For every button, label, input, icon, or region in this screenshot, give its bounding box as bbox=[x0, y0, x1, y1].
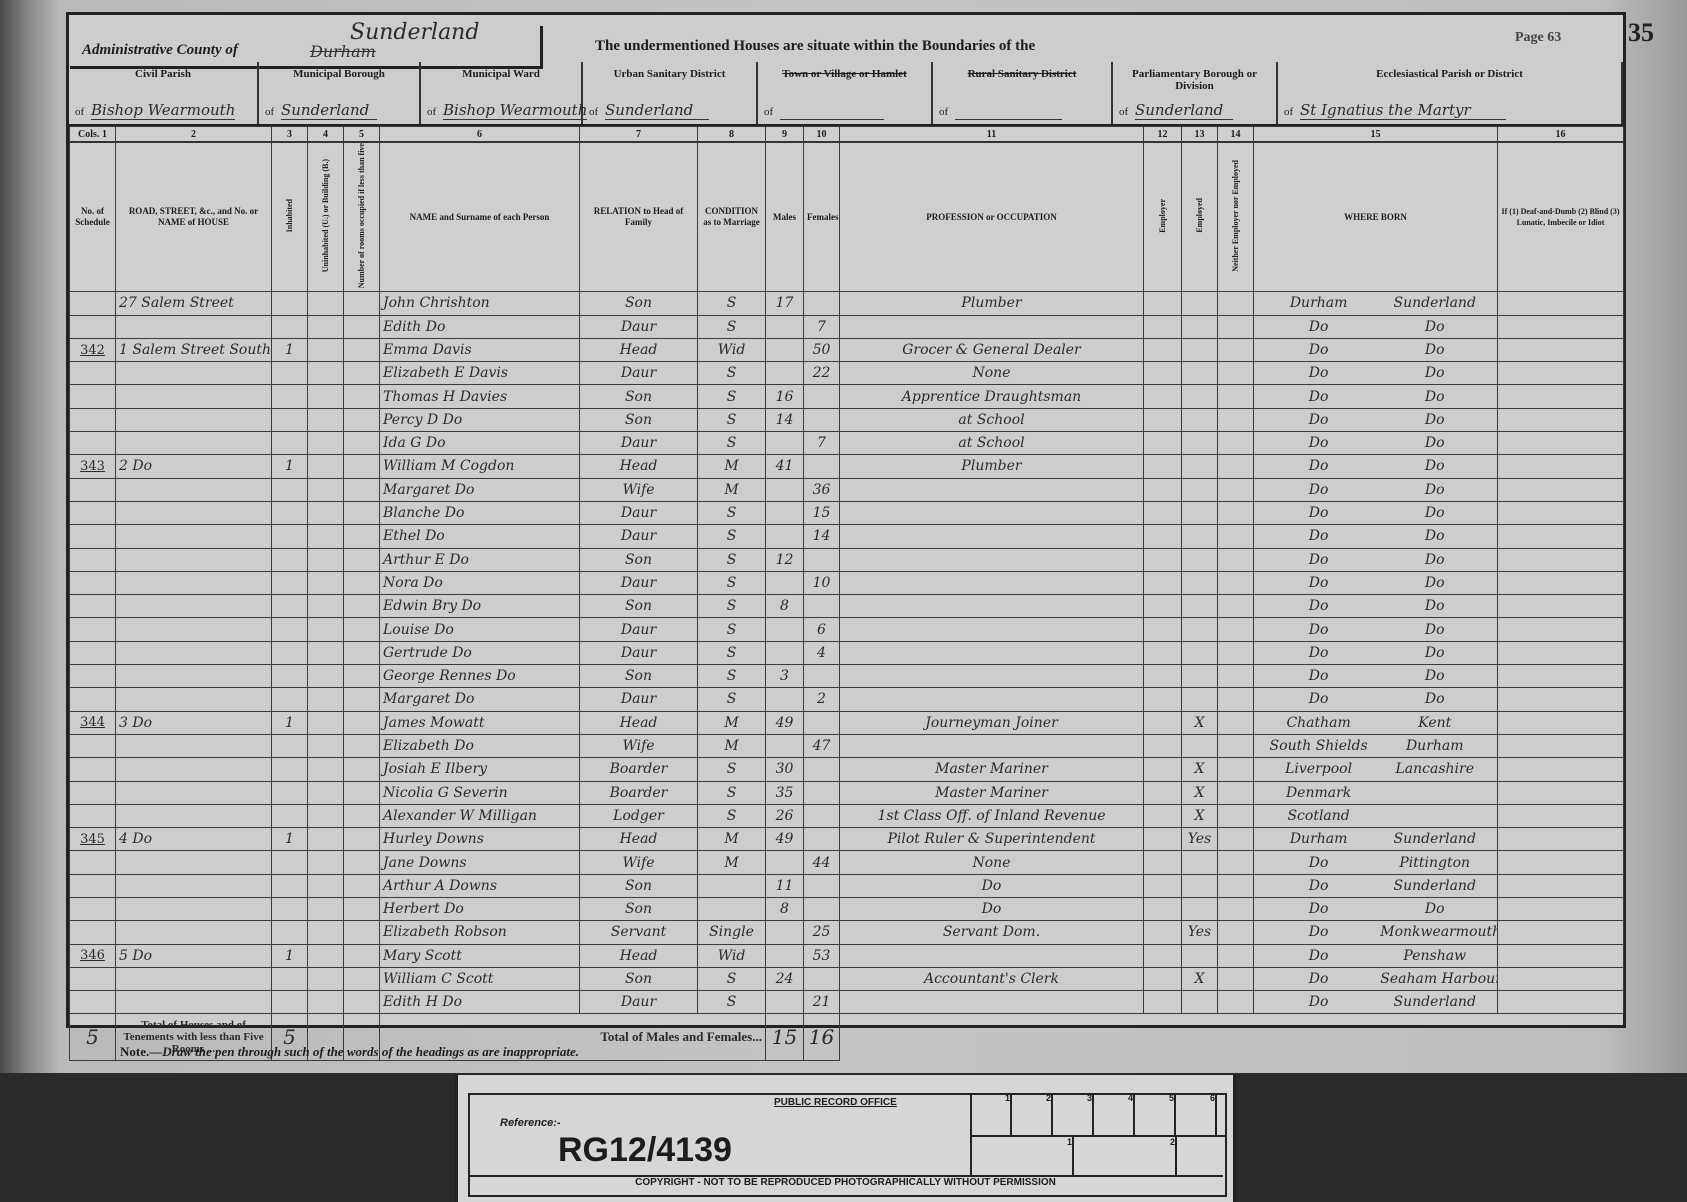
born-county: Durham bbox=[1257, 295, 1380, 311]
cell-male-age bbox=[766, 921, 804, 944]
cell-occupation: Master Mariner bbox=[840, 758, 1144, 781]
cell-empty bbox=[1498, 921, 1624, 944]
cell-name: Ethel Do bbox=[380, 525, 580, 548]
born-county: Do bbox=[1257, 342, 1380, 358]
table-row: Gertrude DoDaurS4DoDo bbox=[70, 641, 1624, 664]
copyright-notice: COPYRIGHT - NOT TO BE REPRODUCED PHOTOGR… bbox=[468, 1175, 1223, 1188]
cell-empty bbox=[1218, 921, 1254, 944]
cell-condition: Single bbox=[698, 921, 766, 944]
cell-empty bbox=[1218, 292, 1254, 315]
born-place: Do bbox=[1380, 412, 1489, 428]
cell-empty bbox=[308, 455, 344, 478]
born-county: Do bbox=[1257, 878, 1380, 894]
cell-employed bbox=[1182, 478, 1218, 501]
cell-empty bbox=[1218, 432, 1254, 455]
cell-empty bbox=[1498, 501, 1624, 524]
column-number: 12 bbox=[1144, 127, 1182, 143]
admin-county-value: Sunderland bbox=[350, 20, 479, 45]
cell-condition: S bbox=[698, 758, 766, 781]
cell-empty bbox=[1218, 991, 1254, 1014]
cell-empty bbox=[344, 548, 380, 571]
cell-empty bbox=[1498, 641, 1624, 664]
born-county: Denmark bbox=[1257, 785, 1380, 801]
cell-empty bbox=[1218, 828, 1254, 851]
cell-empty bbox=[344, 595, 380, 618]
cell-female-age bbox=[804, 595, 840, 618]
cell-employer bbox=[1144, 781, 1182, 804]
cell-empty bbox=[344, 455, 380, 478]
cell-relation: Boarder bbox=[580, 781, 698, 804]
col-employed: Employed bbox=[1182, 142, 1218, 292]
cell-where-born: DoDo bbox=[1254, 897, 1498, 920]
cell-empty bbox=[308, 991, 344, 1014]
cell-empty bbox=[1498, 362, 1624, 385]
cell-occupation: at School bbox=[840, 408, 1144, 431]
cell-name: Josiah E Ilbery bbox=[380, 758, 580, 781]
cell-female-age: 47 bbox=[804, 734, 840, 757]
cell-empty bbox=[344, 432, 380, 455]
col-rooms: Number of rooms occupied if less than fi… bbox=[344, 142, 380, 292]
reference-label: Reference:- bbox=[500, 1117, 561, 1129]
cell-female-age bbox=[804, 897, 840, 920]
born-county: Do bbox=[1257, 598, 1380, 614]
cell-male-age bbox=[766, 991, 804, 1014]
cell-female-age bbox=[804, 828, 840, 851]
born-place: Monkwearmouth bbox=[1380, 924, 1489, 940]
cell-empty bbox=[344, 362, 380, 385]
born-place: Durham bbox=[1380, 738, 1489, 754]
cell-empty bbox=[344, 641, 380, 664]
cell-empty bbox=[1498, 781, 1624, 804]
cell-employed bbox=[1182, 385, 1218, 408]
district-prefix: of bbox=[265, 106, 274, 118]
cell-relation: Boarder bbox=[580, 758, 698, 781]
cell-empty bbox=[1498, 828, 1624, 851]
cell-occupation: Accountant's Clerk bbox=[840, 967, 1144, 990]
cell-condition: M bbox=[698, 734, 766, 757]
cell-empty bbox=[1498, 292, 1624, 315]
cell-employer bbox=[1144, 362, 1182, 385]
cell-empty bbox=[1218, 525, 1254, 548]
cell-relation: Son bbox=[580, 408, 698, 431]
cell-name: George Rennes Do bbox=[380, 665, 580, 688]
cell-name: Hurley Downs bbox=[380, 828, 580, 851]
cell-empty bbox=[308, 525, 344, 548]
folio-number: 35 bbox=[1628, 18, 1654, 48]
column-number: 15 bbox=[1254, 127, 1498, 143]
cell-male-age: 35 bbox=[766, 781, 804, 804]
born-place: Do bbox=[1380, 691, 1489, 707]
cell-where-born: DoPenshaw bbox=[1254, 944, 1498, 967]
cell-employer bbox=[1144, 828, 1182, 851]
cell-where-born: DoDo bbox=[1254, 548, 1498, 571]
cell-relation: Head bbox=[580, 944, 698, 967]
scale-inch-mark: 2 bbox=[1075, 1137, 1177, 1175]
cell-where-born: DoDo bbox=[1254, 641, 1498, 664]
born-place: Do bbox=[1380, 668, 1489, 684]
cell-relation: Son bbox=[580, 665, 698, 688]
cell-empty bbox=[308, 851, 344, 874]
cell-schedule bbox=[70, 385, 116, 408]
cell-where-born: DoDo bbox=[1254, 595, 1498, 618]
cell-employed bbox=[1182, 432, 1218, 455]
table-row: 27 Salem StreetJohn ChrishtonSonS17Plumb… bbox=[70, 292, 1624, 315]
cell-name: Arthur E Do bbox=[380, 548, 580, 571]
cell-empty bbox=[1498, 665, 1624, 688]
table-row: 3443 Do1James MowattHeadM49Journeyman Jo… bbox=[70, 711, 1624, 734]
district-prefix: of bbox=[1284, 106, 1293, 118]
cell-occupation bbox=[840, 525, 1144, 548]
cell-condition: S bbox=[698, 595, 766, 618]
district-municipal-ward: Municipal WardofBishop Wearmouth bbox=[421, 62, 583, 124]
col-employer: Employer bbox=[1144, 142, 1182, 292]
cell-address: 1 Salem Street South bbox=[116, 338, 272, 361]
cell-schedule bbox=[70, 641, 116, 664]
col-condition: CONDITION as to Marriage bbox=[698, 142, 766, 292]
district-value bbox=[955, 119, 1062, 120]
cell-occupation bbox=[840, 665, 1144, 688]
district-value bbox=[780, 119, 884, 120]
cell-employed bbox=[1182, 315, 1218, 338]
cell-empty bbox=[1218, 804, 1254, 827]
cell-employer bbox=[1144, 315, 1182, 338]
cell-empty bbox=[1218, 665, 1254, 688]
cell-occupation: Do bbox=[840, 874, 1144, 897]
cell-relation: Head bbox=[580, 711, 698, 734]
cell-empty bbox=[308, 641, 344, 664]
born-place: Kent bbox=[1380, 715, 1489, 731]
measurement-scale: 12345612 bbox=[970, 1093, 1225, 1175]
cell-name: William C Scott bbox=[380, 967, 580, 990]
born-county: Chatham bbox=[1257, 715, 1380, 731]
cell-employed bbox=[1182, 944, 1218, 967]
cell-employed bbox=[1182, 991, 1218, 1014]
born-county: Do bbox=[1257, 505, 1380, 521]
district-prefix: of bbox=[427, 106, 436, 118]
cell-where-born: DoDo bbox=[1254, 408, 1498, 431]
cell-employer bbox=[1144, 734, 1182, 757]
table-row: Nicolia G SeverinBoarderS35Master Marine… bbox=[70, 781, 1624, 804]
cell-empty bbox=[1498, 315, 1624, 338]
cell-relation: Daur bbox=[580, 688, 698, 711]
col-age-females: Females bbox=[804, 142, 840, 292]
cell-where-born: DoDo bbox=[1254, 478, 1498, 501]
cell-schedule bbox=[70, 408, 116, 431]
cell-inhabited bbox=[272, 967, 308, 990]
cell-female-age bbox=[804, 711, 840, 734]
cell-employed bbox=[1182, 641, 1218, 664]
cell-occupation bbox=[840, 944, 1144, 967]
born-county: Do bbox=[1257, 575, 1380, 591]
column-number: 5 bbox=[344, 127, 380, 143]
table-row: George Rennes DoSonS3DoDo bbox=[70, 665, 1624, 688]
table-row: Ida G DoDaurS7at SchoolDoDo bbox=[70, 432, 1624, 455]
cell-employed: Yes bbox=[1182, 921, 1218, 944]
cell-empty bbox=[344, 781, 380, 804]
cell-employer bbox=[1144, 408, 1182, 431]
born-county: Do bbox=[1257, 319, 1380, 335]
cell-address bbox=[116, 804, 272, 827]
cell-schedule bbox=[70, 804, 116, 827]
cell-address: 4 Do bbox=[116, 828, 272, 851]
cell-empty bbox=[1498, 525, 1624, 548]
cell-schedule bbox=[70, 874, 116, 897]
district-civil-parish: Civil ParishofBishop Wearmouth bbox=[69, 62, 259, 124]
cell-male-age bbox=[766, 432, 804, 455]
cell-inhabited bbox=[272, 851, 308, 874]
column-number: 13 bbox=[1182, 127, 1218, 143]
cell-condition: M bbox=[698, 478, 766, 501]
table-row: Ethel DoDaurS14DoDo bbox=[70, 525, 1624, 548]
cell-employed: X bbox=[1182, 804, 1218, 827]
cell-empty bbox=[1218, 618, 1254, 641]
cell-relation: Daur bbox=[580, 525, 698, 548]
column-number: 10 bbox=[804, 127, 840, 143]
born-county: Scotland bbox=[1257, 808, 1380, 824]
column-number: 4 bbox=[308, 127, 344, 143]
cell-male-age: 49 bbox=[766, 711, 804, 734]
born-county: Durham bbox=[1257, 831, 1380, 847]
cell-male-age: 8 bbox=[766, 595, 804, 618]
cell-inhabited bbox=[272, 758, 308, 781]
cell-male-age: 17 bbox=[766, 292, 804, 315]
born-place: Do bbox=[1380, 528, 1489, 544]
cell-where-born: DoDo bbox=[1254, 571, 1498, 594]
column-number: 6 bbox=[380, 127, 580, 143]
cell-condition: S bbox=[698, 804, 766, 827]
cell-empty bbox=[1498, 385, 1624, 408]
cell-name: James Mowatt bbox=[380, 711, 580, 734]
born-county: Do bbox=[1257, 924, 1380, 940]
cell-address bbox=[116, 548, 272, 571]
cell-empty bbox=[344, 525, 380, 548]
cell-address: 5 Do bbox=[116, 944, 272, 967]
cell-where-born: DoDo bbox=[1254, 665, 1498, 688]
cell-empty bbox=[1498, 432, 1624, 455]
cell-employed: X bbox=[1182, 711, 1218, 734]
cell-relation: Son bbox=[580, 292, 698, 315]
cell-female-age: 15 bbox=[804, 501, 840, 524]
cell-male-age bbox=[766, 478, 804, 501]
cell-address bbox=[116, 734, 272, 757]
table-row: Louise DoDaurS6DoDo bbox=[70, 618, 1624, 641]
cell-employer bbox=[1144, 804, 1182, 827]
cell-employed bbox=[1182, 408, 1218, 431]
col-uninhabited: Uninhabited (U.) or Building (B.) bbox=[308, 142, 344, 292]
cell-inhabited bbox=[272, 991, 308, 1014]
cell-male-age: 3 bbox=[766, 665, 804, 688]
cell-name: Percy D Do bbox=[380, 408, 580, 431]
cell-inhabited bbox=[272, 315, 308, 338]
cell-occupation: 1st Class Off. of Inland Revenue bbox=[840, 804, 1144, 827]
cell-empty bbox=[1218, 874, 1254, 897]
district-heading: Parliamentary Borough or Division bbox=[1113, 68, 1276, 92]
table-row: Arthur A DownsSon11DoDoSunderland bbox=[70, 874, 1624, 897]
cell-female-age bbox=[804, 292, 840, 315]
cell-where-born: DoDo bbox=[1254, 385, 1498, 408]
cell-employed bbox=[1182, 665, 1218, 688]
cell-empty bbox=[344, 711, 380, 734]
cell-empty bbox=[1498, 804, 1624, 827]
cell-occupation bbox=[840, 501, 1144, 524]
cell-relation: Head bbox=[580, 828, 698, 851]
males-total: 15 bbox=[766, 1014, 804, 1061]
cell-empty bbox=[1498, 478, 1624, 501]
cell-inhabited bbox=[272, 478, 308, 501]
table-row: Percy D DoSonS14at SchoolDoDo bbox=[70, 408, 1624, 431]
cell-empty bbox=[1218, 571, 1254, 594]
table-row: 3432 Do1William M CogdonHeadM41PlumberDo… bbox=[70, 455, 1624, 478]
cell-employer bbox=[1144, 338, 1182, 361]
cell-empty bbox=[308, 338, 344, 361]
district-town-or-village-or-hamlet: Town or Village or Hamletof bbox=[758, 62, 933, 124]
cell-condition: S bbox=[698, 571, 766, 594]
cell-where-born: DoDo bbox=[1254, 315, 1498, 338]
cell-schedule: 344 bbox=[70, 711, 116, 734]
cell-empty bbox=[344, 897, 380, 920]
cell-female-age: 7 bbox=[804, 315, 840, 338]
col-schedule: No. of Schedule bbox=[70, 142, 116, 292]
cell-condition: S bbox=[698, 548, 766, 571]
born-county: Do bbox=[1257, 691, 1380, 707]
cell-condition: M bbox=[698, 711, 766, 734]
cell-employed bbox=[1182, 874, 1218, 897]
page-label: Page 63 bbox=[1515, 30, 1561, 46]
cell-empty bbox=[1218, 501, 1254, 524]
cell-male-age: 49 bbox=[766, 828, 804, 851]
column-number: 8 bbox=[698, 127, 766, 143]
cell-empty bbox=[308, 548, 344, 571]
cell-where-born: DoSunderland bbox=[1254, 874, 1498, 897]
cell-schedule bbox=[70, 734, 116, 757]
born-place: Do bbox=[1380, 645, 1489, 661]
born-place: Do bbox=[1380, 552, 1489, 568]
cell-schedule bbox=[70, 525, 116, 548]
cell-relation: Daur bbox=[580, 315, 698, 338]
cell-empty bbox=[1218, 711, 1254, 734]
born-place: Do bbox=[1380, 435, 1489, 451]
cell-male-age: 26 bbox=[766, 804, 804, 827]
born-county: Do bbox=[1257, 389, 1380, 405]
cell-schedule bbox=[70, 758, 116, 781]
cell-where-born: DoMonkwearmouth bbox=[1254, 921, 1498, 944]
cell-employer bbox=[1144, 758, 1182, 781]
district-heading: Town or Village or Hamlet bbox=[758, 68, 931, 80]
cell-name: William M Cogdon bbox=[380, 455, 580, 478]
cell-inhabited bbox=[272, 641, 308, 664]
cell-schedule bbox=[70, 595, 116, 618]
cell-address bbox=[116, 688, 272, 711]
cell-inhabited bbox=[272, 292, 308, 315]
cell-relation: Daur bbox=[580, 991, 698, 1014]
cell-female-age bbox=[804, 967, 840, 990]
cell-empty bbox=[1498, 897, 1624, 920]
cell-occupation: Master Mariner bbox=[840, 781, 1144, 804]
cell-relation: Son bbox=[580, 874, 698, 897]
cell-empty bbox=[1218, 758, 1254, 781]
cell-inhabited bbox=[272, 665, 308, 688]
born-county: Do bbox=[1257, 482, 1380, 498]
cell-empty bbox=[1498, 851, 1624, 874]
table-row: Elizabeth DoWifeM47South ShieldsDurham bbox=[70, 734, 1624, 757]
cell-employer bbox=[1144, 874, 1182, 897]
table-row: Elizabeth RobsonServantSingle25Servant D… bbox=[70, 921, 1624, 944]
cell-relation: Servant bbox=[580, 921, 698, 944]
cell-inhabited bbox=[272, 525, 308, 548]
footnote: Note.—Draw the pen through such of the w… bbox=[120, 1044, 579, 1060]
table-row: 3465 Do1Mary ScottHeadWid53DoPenshaw bbox=[70, 944, 1624, 967]
cell-where-born: DoDo bbox=[1254, 455, 1498, 478]
cell-empty bbox=[308, 781, 344, 804]
cell-address bbox=[116, 665, 272, 688]
column-number: 11 bbox=[840, 127, 1144, 143]
district-prefix: of bbox=[589, 106, 598, 118]
column-number: 3 bbox=[272, 127, 308, 143]
cell-empty bbox=[308, 501, 344, 524]
cell-male-age: 30 bbox=[766, 758, 804, 781]
born-place: Do bbox=[1380, 342, 1489, 358]
cell-empty bbox=[1498, 338, 1624, 361]
born-county: Liverpool bbox=[1257, 761, 1380, 777]
cell-empty bbox=[344, 874, 380, 897]
cell-empty bbox=[1498, 455, 1624, 478]
cell-where-born: DoDo bbox=[1254, 618, 1498, 641]
cell-occupation bbox=[840, 991, 1144, 1014]
district-heading: Civil Parish bbox=[69, 68, 257, 80]
cell-empty bbox=[308, 362, 344, 385]
cell-name: Elizabeth Do bbox=[380, 734, 580, 757]
cell-female-age: 44 bbox=[804, 851, 840, 874]
cell-schedule bbox=[70, 851, 116, 874]
cell-empty bbox=[344, 501, 380, 524]
cell-empty bbox=[344, 921, 380, 944]
cell-condition: Wid bbox=[698, 338, 766, 361]
cell-condition: S bbox=[698, 641, 766, 664]
cell-empty bbox=[1218, 408, 1254, 431]
cell-name: Jane Downs bbox=[380, 851, 580, 874]
cell-name: Nicolia G Severin bbox=[380, 781, 580, 804]
cell-female-age bbox=[804, 758, 840, 781]
cell-name: Mary Scott bbox=[380, 944, 580, 967]
cell-empty bbox=[1218, 781, 1254, 804]
cell-schedule bbox=[70, 991, 116, 1014]
cell-male-age bbox=[766, 571, 804, 594]
born-county: Do bbox=[1257, 971, 1380, 987]
cell-empty bbox=[1498, 688, 1624, 711]
cell-male-age bbox=[766, 944, 804, 967]
cell-employed bbox=[1182, 897, 1218, 920]
cell-female-age: 50 bbox=[804, 338, 840, 361]
district-prefix: of bbox=[75, 106, 84, 118]
reference-number: RG12/4139 bbox=[558, 1131, 732, 1170]
cell-female-age bbox=[804, 804, 840, 827]
cell-where-born: DoDo bbox=[1254, 338, 1498, 361]
cell-inhabited bbox=[272, 432, 308, 455]
cell-relation: Son bbox=[580, 548, 698, 571]
born-county: Do bbox=[1257, 435, 1380, 451]
cell-schedule bbox=[70, 967, 116, 990]
cell-empty bbox=[1218, 967, 1254, 990]
cell-empty bbox=[1218, 595, 1254, 618]
cell-inhabited: 1 bbox=[272, 944, 308, 967]
cell-occupation: Plumber bbox=[840, 292, 1144, 315]
cell-address: 3 Do bbox=[116, 711, 272, 734]
cell-empty bbox=[308, 408, 344, 431]
district-prefix: of bbox=[764, 106, 773, 118]
cell-schedule: 342 bbox=[70, 338, 116, 361]
cell-employed: X bbox=[1182, 758, 1218, 781]
cell-address bbox=[116, 874, 272, 897]
